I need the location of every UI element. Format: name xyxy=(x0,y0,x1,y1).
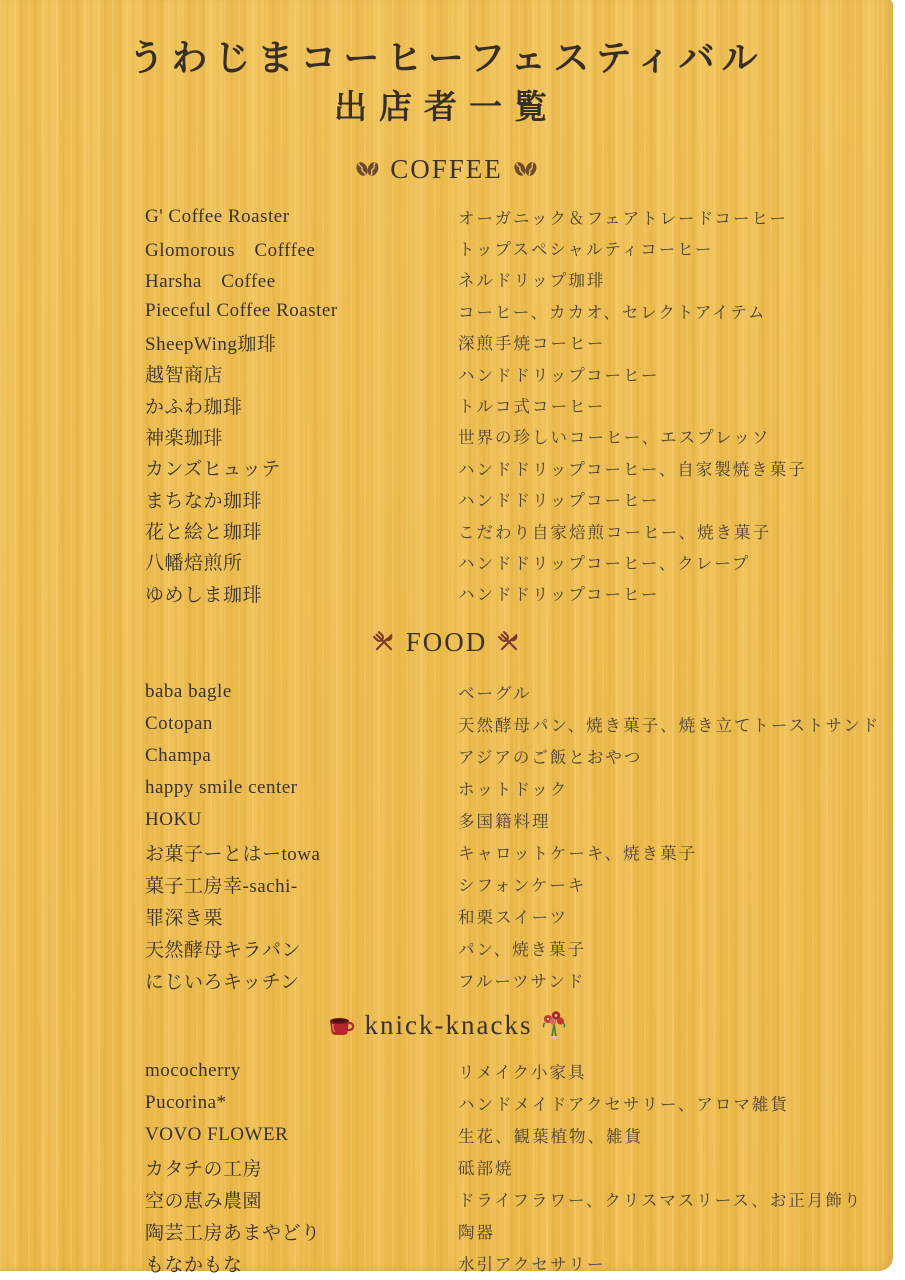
vendor-description: リメイク小家具 xyxy=(458,1059,587,1083)
vendor-name: お菓子ーとはーtowa xyxy=(145,839,458,866)
vendor-description: 深煎手焼コーヒー xyxy=(458,330,605,354)
vendor-name: 菓子工房幸-sachi- xyxy=(145,871,458,898)
vendor-description: 世界の珍しいコーヒー、エスプレッソ xyxy=(458,424,770,448)
vendor-description: 和栗スイーツ xyxy=(458,904,568,928)
vendor-row: mococherry リメイク小家具 xyxy=(0,1055,893,1087)
section-food: FOOD baba bagle ベーグル Cotopan 天然酵母パン、焼き菓子… xyxy=(0,625,893,996)
page-title-line2: 出店者一覧 xyxy=(0,84,893,132)
vendor-row: G' Coffee Roaster オーガニック＆フェアトレードコーヒー xyxy=(0,201,893,232)
page-title: うわじまコーヒーフェスティバル 出店者一覧 xyxy=(0,34,893,132)
vendor-description: オーガニック＆フェアトレードコーヒー xyxy=(458,205,788,229)
vendor-description: トルコ式コーヒー xyxy=(458,393,605,417)
coffee-beans-icon xyxy=(512,157,539,181)
vendor-description: キャロットケーキ、焼き菓子 xyxy=(458,840,697,864)
vendor-row: 菓子工房幸-sachi- シフォンケーキ xyxy=(0,868,893,900)
vendor-name: SheepWing珈琲 xyxy=(145,329,458,356)
coffee-beans-icon xyxy=(354,157,381,181)
vendor-name: 八幡焙煎所 xyxy=(145,548,458,575)
vendor-row: Pucorina* ハンドメイドアクセサリー、アロマ雑貨 xyxy=(0,1087,893,1119)
vendor-description: アジアのご飯とおやつ xyxy=(458,744,642,768)
vendor-name: 空の恵み農園 xyxy=(145,1186,458,1213)
vendor-list: G' Coffee Roaster オーガニック＆フェアトレードコーヒー Glo… xyxy=(0,201,893,609)
crossed-utensils-icon xyxy=(371,629,397,655)
vendor-list: baba bagle ベーグル Cotopan 天然酵母パン、焼き菓子、焼き立て… xyxy=(0,676,893,996)
vendor-name: Pucorina* xyxy=(145,1092,458,1114)
vendor-row: Glomorous Cofffee トップスペシャルティコーヒー xyxy=(0,232,893,263)
vendor-description: ベーグル xyxy=(458,680,532,704)
vendor-row: Cotopan 天然酵母パン、焼き菓子、焼き立てトーストサンド xyxy=(0,708,893,740)
vendor-name: Cotopan xyxy=(145,713,458,735)
vendor-row: お菓子ーとはーtowa キャロットケーキ、焼き菓子 xyxy=(0,836,893,868)
vendor-name: mococherry xyxy=(145,1060,458,1082)
vendor-row: 越智商店 ハンドドリップコーヒー xyxy=(0,358,893,389)
vendor-description: ネルドリップ珈琲 xyxy=(458,267,605,291)
vendor-row: HOKU 多国籍料理 xyxy=(0,804,893,836)
vendor-row: Pieceful Coffee Roaster コーヒー、カカオ、セレクトアイテ… xyxy=(0,295,893,326)
vendor-description: 生花、観葉植物、雑貨 xyxy=(458,1123,643,1147)
vendor-row: 陶芸工房あまやどり 陶器 xyxy=(0,1215,893,1247)
vendor-row: baba bagle ベーグル xyxy=(0,676,893,708)
scanned-flyer: うわじまコーヒーフェスティバル 出店者一覧 COFFEE G' Coffee R… xyxy=(0,0,893,1271)
vendor-description: ハンドドリップコーヒー xyxy=(458,581,659,605)
vendor-description: 多国籍料理 xyxy=(458,808,551,832)
vendor-name: カタチの工房 xyxy=(145,1154,458,1181)
vendor-description: ホットドック xyxy=(458,776,568,800)
vendor-description: 水引アクセサリー xyxy=(458,1251,606,1275)
section-header: FOOD xyxy=(0,625,893,659)
vendor-name: happy smile center xyxy=(145,777,458,799)
vendor-name: カンズヒュッテ xyxy=(145,454,458,481)
vendor-name: baba bagle xyxy=(145,681,458,703)
vendor-name: HOKU xyxy=(145,809,458,831)
crossed-utensils-icon xyxy=(496,629,522,655)
vendor-name: ゆめしま珈琲 xyxy=(145,580,458,607)
vendor-description: シフォンケーキ xyxy=(458,872,586,896)
vendor-description: 陶器 xyxy=(458,1219,495,1243)
vendor-sections: COFFEE G' Coffee Roaster オーガニック＆フェアトレードコ… xyxy=(0,152,893,1279)
vendor-name: Pieceful Coffee Roaster xyxy=(145,300,458,322)
vendor-row: かふわ珈琲 トルコ式コーヒー xyxy=(0,389,893,420)
vendor-name: 陶芸工房あまやどり xyxy=(145,1218,458,1245)
vendor-name: Glomorous Cofffee xyxy=(145,235,458,262)
page-title-line1: うわじまコーヒーフェスティバル xyxy=(0,34,893,82)
vendor-row: 天然酵母キラパン パン、焼き菓子 xyxy=(0,932,893,964)
vendor-list: mococherry リメイク小家具 Pucorina* ハンドメイドアクセサリ… xyxy=(0,1055,893,1279)
vendor-row: Champa アジアのご飯とおやつ xyxy=(0,740,893,772)
vendor-row: VOVO FLOWER 生花、観葉植物、雑貨 xyxy=(0,1119,893,1151)
vendor-row: 神楽珈琲 世界の珍しいコーヒー、エスプレッソ xyxy=(0,421,893,452)
section-knickknacks: knick-knacks mococherry リメイク小家具 Pucorina… xyxy=(0,1008,893,1279)
vendor-name: 神楽珈琲 xyxy=(145,423,458,450)
section-title: knick-knacks xyxy=(365,1010,533,1041)
vendor-row: 罪深き栗 和栗スイーツ xyxy=(0,900,893,932)
vendor-description: 天然酵母パン、焼き菓子、焼き立てトーストサンド xyxy=(458,712,880,736)
vendor-name: G' Coffee Roaster xyxy=(145,206,458,228)
vendor-description: ハンドメイドアクセサリー、アロマ雑貨 xyxy=(458,1091,789,1115)
vendor-name: Harsha Coffee xyxy=(145,266,458,293)
vendor-description: フルーツサンド xyxy=(458,968,585,992)
red-cup-icon xyxy=(326,1013,356,1037)
vendor-name: もなかもな xyxy=(145,1250,458,1277)
vendor-row: 八幡焙煎所 ハンドドリップコーヒー、クレープ xyxy=(0,546,893,577)
section-coffee: COFFEE G' Coffee Roaster オーガニック＆フェアトレードコ… xyxy=(0,152,893,609)
vendor-description: トップスペシャルティコーヒー xyxy=(458,236,714,260)
flyer-content: うわじまコーヒーフェスティバル 出店者一覧 COFFEE G' Coffee R… xyxy=(0,0,893,1279)
section-title: COFFEE xyxy=(390,154,503,185)
vendor-name: かふわ珈琲 xyxy=(145,392,458,419)
vendor-name: 花と絵と珈琲 xyxy=(145,517,458,544)
vendor-name: にじいろキッチン xyxy=(145,967,458,994)
vendor-row: 花と絵と珈琲 こだわり自家焙煎コーヒー、焼き菓子 xyxy=(0,515,893,546)
vendor-name: 罪深き栗 xyxy=(145,903,458,930)
vendor-name: VOVO FLOWER xyxy=(145,1124,458,1146)
vendor-row: カンズヒュッテ ハンドドリップコーヒー、自家製焼き菓子 xyxy=(0,452,893,483)
vendor-row: happy smile center ホットドック xyxy=(0,772,893,804)
vendor-row: にじいろキッチン フルーツサンド xyxy=(0,964,893,996)
section-title: FOOD xyxy=(406,627,488,658)
section-header: knick-knacks xyxy=(0,1008,893,1042)
vendor-row: 空の恵み農園 ドライフラワー、クリスマスリース、お正月飾り xyxy=(0,1183,893,1215)
vendor-description: 砥部焼 xyxy=(458,1155,514,1179)
vendor-row: ゆめしま珈琲 ハンドドリップコーヒー xyxy=(0,578,893,609)
vendor-description: ハンドドリップコーヒー、自家製焼き菓子 xyxy=(458,456,807,480)
vendor-description: コーヒー、カカオ、セレクトアイテム xyxy=(458,299,767,323)
vendor-row: Harsha Coffee ネルドリップ珈琲 xyxy=(0,264,893,295)
vendor-name: まちなか珈琲 xyxy=(145,486,458,513)
vendor-name: 越智商店 xyxy=(145,360,458,387)
vendor-description: こだわり自家焙煎コーヒー、焼き菓子 xyxy=(458,519,771,543)
vendor-description: ハンドドリップコーヒー、クレープ xyxy=(458,550,750,574)
vendor-name: 天然酵母キラパン xyxy=(145,935,458,962)
vendor-row: もなかもな 水引アクセサリー xyxy=(0,1247,893,1279)
vendor-description: パン、焼き菓子 xyxy=(458,936,586,960)
vendor-row: カタチの工房 砥部焼 xyxy=(0,1151,893,1183)
section-header: COFFEE xyxy=(0,152,893,186)
vendor-row: まちなか珈琲 ハンドドリップコーヒー xyxy=(0,484,893,515)
bouquet-icon xyxy=(541,1010,567,1040)
vendor-description: ハンドドリップコーヒー xyxy=(458,362,659,386)
vendor-description: ドライフラワー、クリスマスリース、お正月飾り xyxy=(458,1187,862,1211)
vendor-description: ハンドドリップコーヒー xyxy=(458,487,659,511)
vendor-name: Champa xyxy=(145,745,458,767)
vendor-row: SheepWing珈琲 深煎手焼コーヒー xyxy=(0,327,893,358)
